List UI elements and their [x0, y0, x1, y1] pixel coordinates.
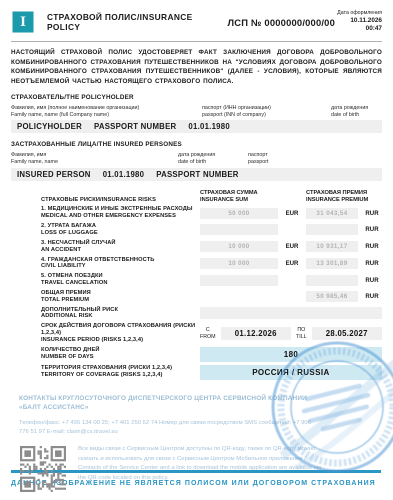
insurance-period-row: СРОК ДЕЙСТВИЯ ДОГОВОРА СТРАХОВАНИЯ (РИСК… [11, 323, 382, 344]
issue-date-block: Дата оформления 10.11.2026 00:47 [335, 10, 382, 34]
policyholder-name-value: POLICYHOLDER [11, 122, 82, 131]
risk-premium-currency: RUR [362, 226, 382, 233]
risk-sum-currency: EUR [282, 260, 302, 267]
document-title: СТРАХОВОЙ ПОЛИС/INSURANCE POLICY [47, 12, 218, 32]
risk-name-ru: 2. УТРАТА БАГАЖА [41, 223, 196, 230]
insured-values-row: INSURED PERSON 01.01.1980 PASSPORT NUMBE… [11, 168, 382, 181]
qr-note: Все виды связи с Сервисным Центром досту… [78, 445, 326, 483]
insurance-policy-document: I СТРАХОВОЙ ПОЛИС/INSURANCE POLICY ЛСП №… [0, 0, 393, 500]
territory-row: ТЕРРИТОРИЯ СТРАХОВАНИЯ (РИСКИ 1,2,3,4) T… [11, 365, 382, 380]
total-premium-value: 50 985,46 [306, 291, 358, 302]
period-from-label: С FROM [200, 327, 216, 339]
additional-risk-label-en: ADDITIONAL RISK [41, 313, 196, 320]
policy-number: ЛСП № 0000000/000/00 [227, 17, 335, 28]
risk-premium-value: 10 931,17 [306, 241, 358, 252]
insurer-logo-letter: I [20, 14, 26, 31]
intro-paragraph: НАСТОЯЩИЙ СТРАХОВОЙ ПОЛИС УДОСТОВЕРЯЕТ Ф… [11, 48, 382, 86]
insured-name-label: Фамилия, имя Family name, name [11, 152, 172, 165]
risk-sum-value [200, 275, 278, 286]
insured-passport-label: паспорт passport [248, 152, 382, 165]
issue-date-label: Дата оформления [335, 10, 382, 17]
period-till-label: ПО TILL [296, 327, 307, 339]
risk-premium-value: 31 043,54 [306, 208, 358, 219]
risk-sum-currency: EUR [282, 243, 302, 250]
risk-premium-currency: RUR [362, 277, 382, 284]
risk-sum-value: 10 000 [200, 241, 278, 252]
risk-premium-value [306, 275, 358, 286]
risk-name-en: LOSS OF LUGGAGE [41, 230, 196, 237]
premium-column-header: СТРАХОВАЯ ПРЕМИЯ INSURANCE PREMIUM [306, 190, 382, 204]
policyholder-values-row: POLICYHOLDER PASSPORT NUMBER 01.01.1980 [11, 120, 382, 133]
contacts-title: КОНТАКТЫ КРУГЛОСУТОЧНОГО ДИСПЕТЧЕРСКОГО … [19, 394, 324, 413]
territory-value: РОССИЯ / RUSSIA [200, 365, 382, 380]
policyholder-name-label: Фамилия, имя (полное наименование органи… [11, 105, 196, 118]
risk-row: 4. ГРАЖДАНСКАЯ ОТВЕТСТВЕННОСТЬ CIVIL LIA… [11, 257, 382, 271]
additional-risk-row: ДОПОЛНИТЕЛЬНЫЙ РИСК ADDITIONAL RISK [11, 307, 382, 321]
policyholder-section-title: СТРАХОВАТЕЛЬ/THE POLICYHOLDER [11, 94, 382, 101]
risk-name-ru: 3. НЕСЧАСТНЫЙ СЛУЧАЙ [41, 240, 196, 247]
total-label-en: TOTAL PREMIUM [41, 297, 196, 304]
risk-name-ru: 1. МЕДИЦИНСКИЕ И ИНЫЕ ЭКСТРЕННЫЕ РАСХОДЫ [41, 206, 196, 213]
total-premium-currency: RUR [362, 293, 382, 300]
risk-name-ru: 4. ГРАЖДАНСКАЯ ОТВЕТСТВЕННОСТЬ [41, 257, 196, 264]
issue-date-value: 10.11.2026 00:47 [335, 17, 382, 34]
insured-passport-value: PASSPORT NUMBER [150, 170, 238, 179]
number-of-days-row: КОЛИЧЕСТВО ДНЕЙ NUMBER OF DAYS 180 [11, 347, 382, 362]
risk-row: 2. УТРАТА БАГАЖА LOSS OF LUGGAGE RUR [11, 223, 382, 237]
risk-sum-value: 50 000 [200, 208, 278, 219]
insured-labels-row: Фамилия, имя Family name, name дата рожд… [11, 152, 382, 165]
period-from-date: 01.12.2026 [221, 327, 291, 340]
qr-code [19, 445, 67, 498]
risk-premium-value: 13 301,89 [306, 258, 358, 269]
territory-label-ru: ТЕРРИТОРИЯ СТРАХОВАНИЯ (РИСКИ 1,2,3,4) [41, 365, 196, 372]
policyholder-passport-label: паспорт (ИНН организации) passport (INN … [202, 105, 325, 118]
days-label-ru: КОЛИЧЕСТВО ДНЕЙ [41, 347, 196, 354]
days-value: 180 [200, 347, 382, 362]
insured-section-title: ЗАСТРАХОВАННЫЕ ЛИЦА/THE INSURED PERSONES [11, 141, 382, 148]
risk-row: 1. МЕДИЦИНСКИЕ И ИНЫЕ ЭКСТРЕННЫЕ РАСХОДЫ… [11, 206, 382, 220]
risk-row: 5. ОТМЕНА ПОЕЗДКИ TRAVEL CANCELATION RUR [11, 273, 382, 287]
risk-row: 3. НЕСЧАСТНЫЙ СЛУЧАЙ AN ACCIDENT 10 000 … [11, 240, 382, 254]
territory-label-en: TERRITORY OF COVERAGE (RISKS 1,2,3,4) [41, 372, 196, 379]
risk-premium-currency: RUR [362, 210, 382, 217]
total-premium-row: ОБЩАЯ ПРЕМИЯ TOTAL PREMIUM 50 985,46 RUR [11, 290, 382, 304]
insured-dob-label: дата рождения date of birth [178, 152, 242, 165]
policyholder-dob-label: дата рождения date of birth [331, 105, 382, 118]
policyholder-dob-value: 01.01.1980 [182, 122, 230, 131]
header-divider [11, 41, 382, 42]
risk-sum-value [200, 224, 278, 235]
risk-premium-currency: RUR [362, 243, 382, 250]
risk-premium-value [306, 224, 358, 235]
risk-name-en: CIVIL LIABILITY [41, 263, 196, 270]
risk-sum-value: 10 000 [200, 258, 278, 269]
insured-name-value: INSURED PERSON [11, 170, 91, 179]
insured-dob-value: 01.01.1980 [97, 170, 145, 179]
period-till-date: 28.05.2027 [312, 327, 382, 340]
total-label-ru: ОБЩАЯ ПРЕМИЯ [41, 290, 196, 297]
contacts-section: КОНТАКТЫ КРУГЛОСУТОЧНОГО ДИСПЕТЧЕРСКОГО … [11, 394, 382, 499]
risks-column-header: СТРАХОВЫЕ РИСКИ/INSURANCE RISKS [11, 197, 196, 204]
risk-sum-currency: EUR [282, 210, 302, 217]
additional-risk-value [200, 307, 382, 319]
insurer-logo: I [11, 10, 35, 34]
period-label-ru: СРОК ДЕЙСТВИЯ ДОГОВОРА СТРАХОВАНИЯ (РИСК… [41, 323, 196, 337]
risks-table-header: СТРАХОВЫЕ РИСКИ/INSURANCE RISKS СТРАХОВА… [11, 190, 382, 204]
document-header: I СТРАХОВОЙ ПОЛИС/INSURANCE POLICY ЛСП №… [11, 10, 382, 34]
additional-risk-label-ru: ДОПОЛНИТЕЛЬНЫЙ РИСК [41, 307, 196, 314]
risk-name-en: AN ACCIDENT [41, 247, 196, 254]
policyholder-passport-value: PASSPORT NUMBER [88, 122, 176, 131]
policyholder-labels-row: Фамилия, имя (полное наименование органи… [11, 105, 382, 118]
sum-column-header: СТРАХОВАЯ СУММА INSURANCE SUM [200, 190, 302, 204]
period-label-en: INSURANCE PERIOD (RISKS 1,2,3,4) [41, 337, 196, 344]
risk-name-en: MEDICAL AND OTHER EMERGENCY EXPENSES [41, 213, 196, 220]
risk-premium-currency: RUR [362, 260, 382, 267]
contacts-phones: Телефон/факс: +7 495 134 00 25; +7 401 2… [19, 419, 319, 437]
risk-name-ru: 5. ОТМЕНА ПОЕЗДКИ [41, 273, 196, 280]
risk-name-en: TRAVEL CANCELATION [41, 280, 196, 287]
days-label-en: NUMBER OF DAYS [41, 354, 196, 361]
